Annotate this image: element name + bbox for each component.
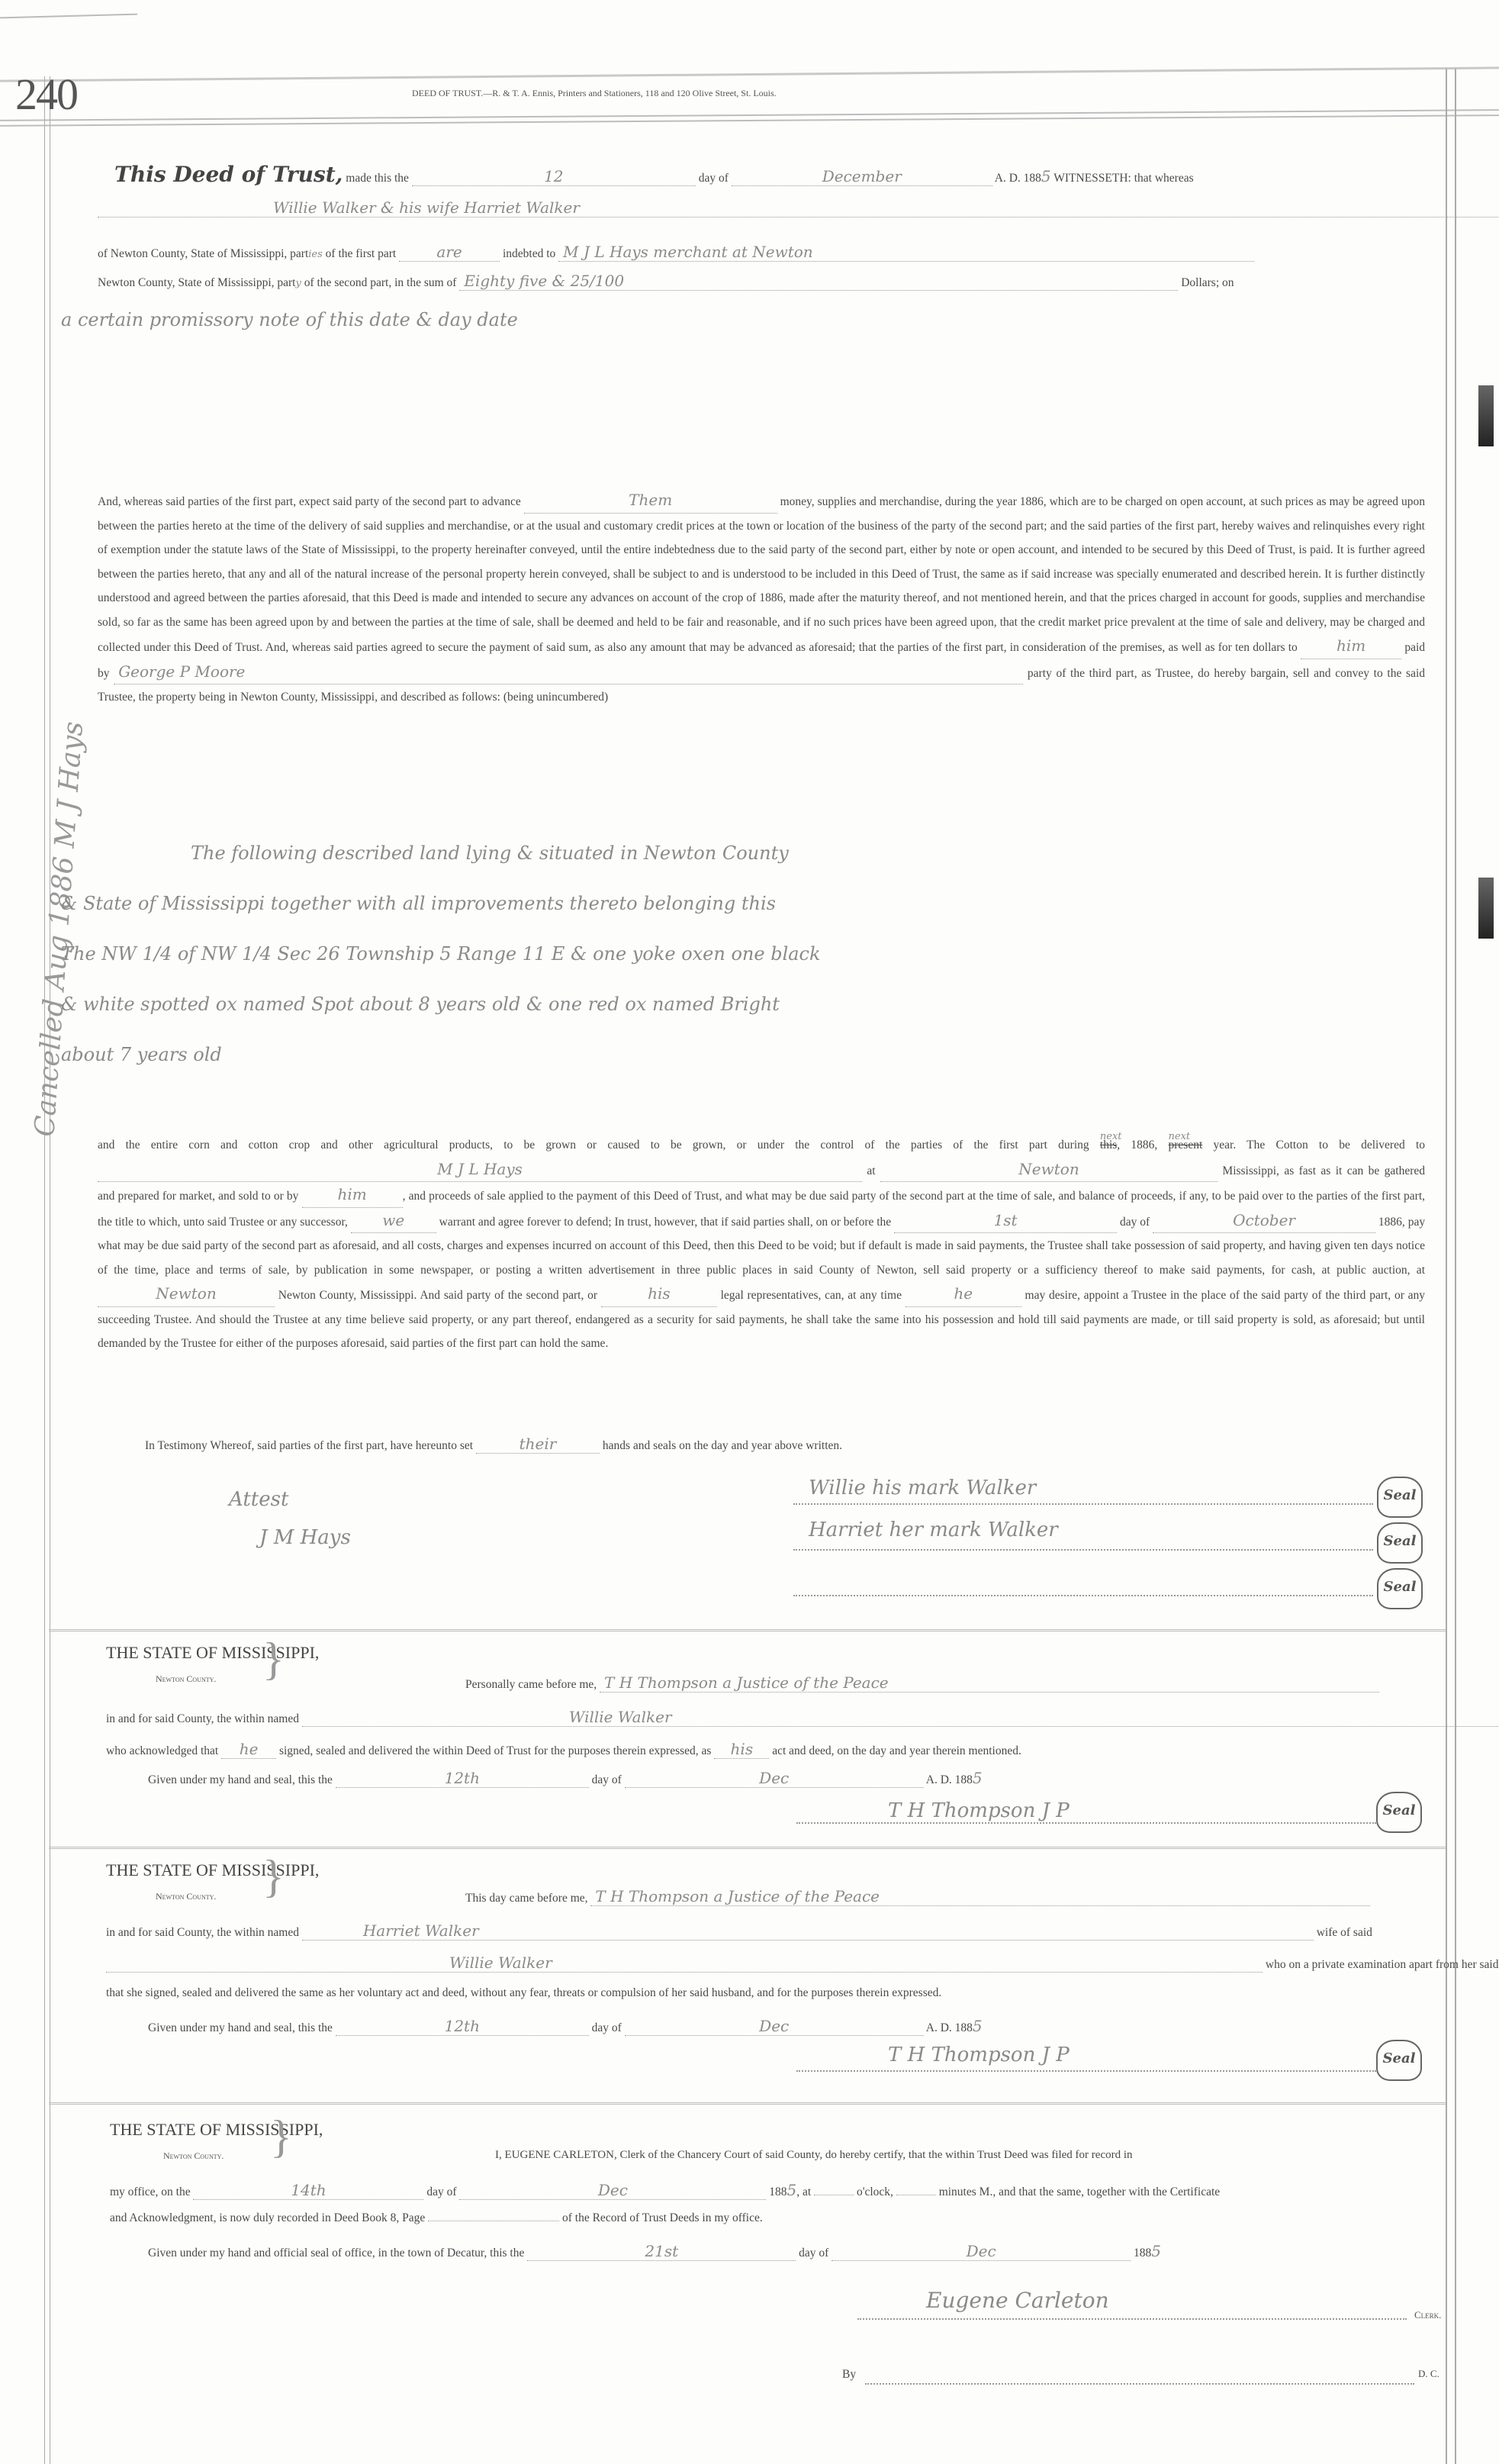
officer-field: T H Thompson a Justice of the Peace (600, 1673, 1379, 1693)
scan-edge-line (0, 14, 137, 19)
grantors-line: Willie Walker & his wife Harriet Walker (98, 198, 1438, 217)
county-label: Newton County. (156, 1891, 216, 1902)
signature-line-2 (793, 1549, 1373, 1551)
justice-signature: T H Thompson J P (888, 1799, 1070, 1822)
property-description: The following described land lying & sit… (61, 828, 1427, 1080)
signature-willie: Willie his mark Walker (809, 1477, 1036, 1499)
crop-paragraph: and the entire corn and cotton crop and … (98, 1133, 1425, 1356)
due-day-field: 1st (894, 1209, 1117, 1234)
are-field: are (399, 243, 500, 262)
signature-line-1 (793, 1503, 1373, 1505)
advance-field: Them (524, 488, 777, 514)
sum-field: Eighty five & 25/100 (459, 272, 1178, 291)
auction-place-field: Newton (98, 1282, 275, 1307)
page-field (428, 2221, 559, 2221)
due-month-field: October (1153, 1209, 1375, 1234)
clerk-certificate: THE STATE OF MISSISSIPPI, Newton County.… (49, 2102, 1446, 2425)
deed-day-field: 12 (412, 167, 696, 186)
cotton-place-field: Newton (880, 1158, 1218, 1183)
named-field: Harriet Walker (302, 1921, 1314, 1941)
deed-page: 240 DEED OF TRUST.—R. & T. A. Ennis, Pri… (0, 0, 1499, 2464)
cotton-recipient-field: M J L Hays (98, 1158, 862, 1183)
header-rule-bottom (0, 109, 1499, 127)
officer-field: T H Thompson a Justice of the Peace (590, 1887, 1370, 1906)
creditor-field: M J L Hays merchant at Newton (558, 243, 1254, 262)
bracket-brace: } (262, 1850, 285, 1903)
printer-line: DEED OF TRUST.—R. & T. A. Ennis, Printer… (412, 88, 777, 99)
clerk-signature: Eugene Carleton (926, 2288, 1109, 2313)
second-party-line: Newton County, State of Mississippi, par… (98, 272, 1438, 291)
named-field: Willie Walker (302, 1708, 1499, 1727)
first-party-line: of Newton County, State of Mississippi, … (98, 243, 1438, 262)
deed-month-field: December (732, 167, 992, 186)
binder-tab-mark (1478, 878, 1494, 939)
sold-by-field: him (302, 1183, 403, 1208)
state-heading: THE STATE OF MISSISSIPPI, (106, 1860, 319, 1880)
binder-tab-mark (1478, 385, 1494, 446)
county-label: Newton County. (156, 1673, 216, 1685)
signature-harriet: Harriet her mark Walker (809, 1519, 1058, 1541)
attest-signature: J M Hays (259, 1526, 351, 1549)
justice-signature: T H Thompson J P (888, 2044, 1070, 2066)
husband-field: Willie Walker (106, 1953, 1263, 1973)
representatives-field: his (601, 1282, 717, 1307)
bracket-brace: } (262, 1633, 285, 1686)
hands-field: their (476, 1435, 600, 1454)
advance-paragraph: And, whereas said parties of the first p… (98, 488, 1425, 710)
page-number: 240 (15, 69, 77, 120)
header-rule-top (0, 66, 1499, 82)
signature-line-3 (793, 1595, 1373, 1596)
right-frame-border (1446, 69, 1456, 2464)
deed-opening-line: This Deed of Trust, made this the 12 day… (114, 162, 1438, 187)
trustee-field: George P Moore (114, 660, 1023, 685)
state-heading: THE STATE OF MISSISSIPPI, (106, 1643, 319, 1663)
note-description: a certain promissory note of this date &… (61, 309, 1438, 330)
attest-label: Attest (229, 1488, 288, 1511)
seal-icon: Seal (1377, 1477, 1423, 1518)
seal-icon: Seal (1377, 1522, 1423, 1564)
paid-to-field: him (1301, 634, 1401, 659)
grantors-field: Willie Walker & his wife Harriet Walker (98, 198, 1499, 217)
bracket-brace: } (270, 2111, 292, 2163)
seal-icon: Seal (1377, 1568, 1423, 1609)
desire-field: he (906, 1282, 1021, 1307)
testimony-line: In Testimony Whereof, said parties of th… (145, 1435, 1438, 1454)
county-label: Newton County. (163, 2150, 224, 2162)
deed-title: This Deed of Trust, (114, 162, 343, 187)
seal-icon: Seal (1376, 2040, 1422, 2081)
warrant-field: we (351, 1209, 436, 1234)
seal-icon: Seal (1376, 1792, 1422, 1833)
acknowledgment-husband: THE STATE OF MISSISSIPPI, Newton County.… (49, 1629, 1446, 1830)
acknowledgment-wife: THE STATE OF MISSISSIPPI, Newton County.… (49, 1847, 1446, 2078)
